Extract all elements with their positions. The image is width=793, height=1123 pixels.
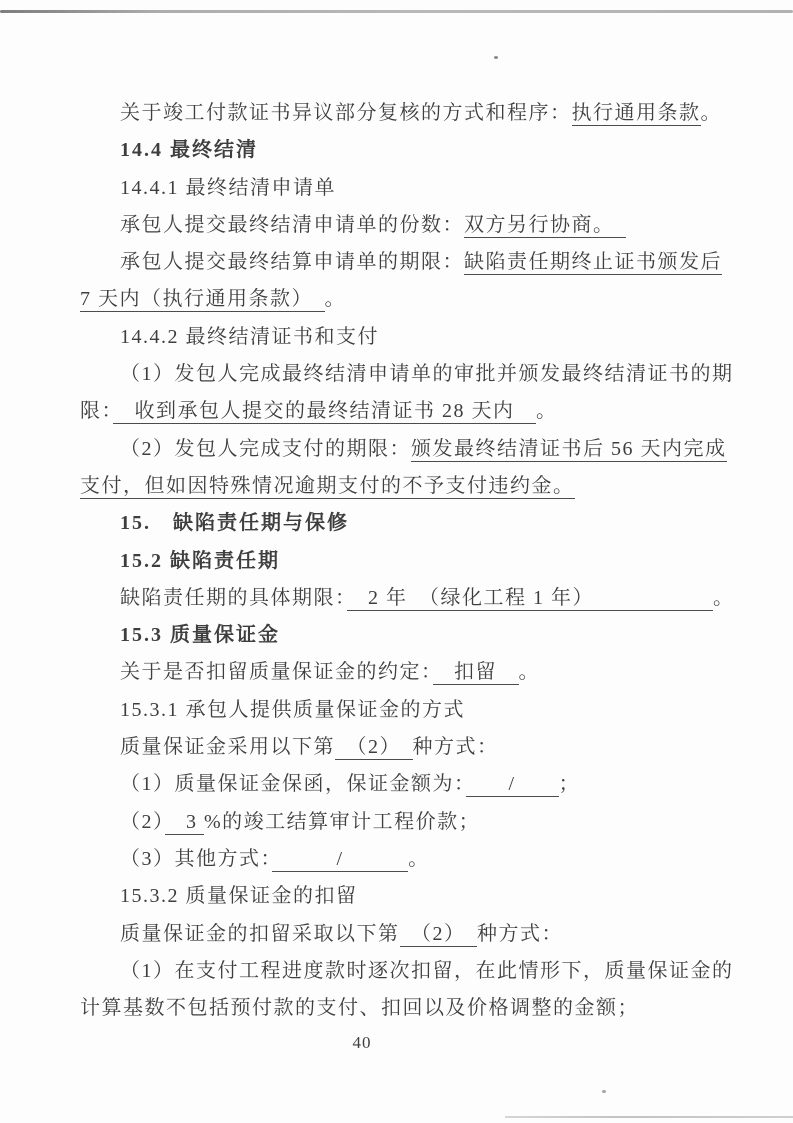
- clause-final-certificate-period: （1）发包人完成最终结清申请单的审批并颁发最终结清证书的期: [80, 356, 728, 393]
- underlined-fill-in-value: 双方另行协商。: [464, 214, 626, 238]
- text-segment: 15.2 缺陷责任期: [120, 550, 280, 572]
- underlined-fill-in-value: （2）: [400, 923, 478, 947]
- text-segment: 。: [713, 587, 735, 609]
- text-segment: 。: [408, 848, 430, 870]
- underlined-fill-in-value: /: [272, 848, 408, 872]
- scan-artifact-bottom-line: [505, 1116, 793, 1118]
- clause-guarantee-option-3: （3）其他方式： / 。: [80, 841, 728, 878]
- scan-speck: [602, 1090, 606, 1093]
- underlined-fill-in-value: 扣留: [433, 661, 519, 685]
- underlined-fill-in-value: /: [466, 773, 559, 797]
- text-segment: 种方式：: [413, 736, 499, 758]
- clause-final-settlement-deadline-cont: 7 天内（执行通用条款） 。: [80, 281, 728, 318]
- text-segment: 计算基数不包括预付款的支付、扣回以及价格调整的金额；: [80, 997, 639, 1019]
- text-segment: 。: [536, 400, 558, 422]
- clause-guarantee-method-selector: 质量保证金采用以下第 （2） 种方式：: [80, 729, 728, 766]
- text-segment: 14.4.1 最终结清申请单: [120, 177, 336, 199]
- text-segment: 。: [519, 661, 541, 683]
- heading-15: 15. 缺陷责任期与保修: [80, 505, 728, 542]
- underlined-fill-in-value: 收到承包人提交的最终结清证书 28 天内: [113, 400, 536, 424]
- text-segment: （1）质量保证金保函，保证金额为：: [120, 773, 466, 795]
- scanned-contract-page: 关于竣工付款证书异议部分复核的方式和程序：执行通用条款。14.4 最终结清14.…: [0, 0, 793, 1123]
- underlined-fill-in-value: 支付，但如因特殊情况逾期支付的不予支付违约金。: [80, 475, 575, 499]
- text-segment: 关于竣工付款证书异议部分复核的方式和程序：: [120, 102, 572, 124]
- text-segment: 15. 缺陷责任期与保修: [120, 512, 349, 534]
- text-segment: %的竣工结算审计工程价款；: [204, 811, 480, 833]
- text-segment: 质量保证金的扣留采取以下第: [120, 923, 400, 945]
- underlined-fill-in-value: 3: [165, 811, 205, 835]
- heading-14-4-1: 14.4.1 最终结清申请单: [80, 170, 728, 207]
- text-segment: 关于是否扣留质量保证金的约定：: [120, 661, 433, 683]
- text-segment: 14.4.2 最终结清证书和支付: [120, 326, 379, 348]
- clause-defect-liability-term: 缺陷责任期的具体期限： 2 年 （绿化工程 1 年） 。: [80, 580, 728, 617]
- text-segment: ；: [559, 773, 581, 795]
- underlined-fill-in-value: 颁发最终结清证书后 56 天内完成: [411, 438, 727, 462]
- text-segment: 承包人提交最终结清申请单的份数：: [120, 214, 464, 236]
- text-segment: 。: [325, 288, 347, 310]
- clause-final-settlement-deadline: 承包人提交最终结算申请单的期限：缺陷责任期终止证书颁发后: [80, 244, 728, 281]
- heading-15-3-1: 15.3.1 承包人提供质量保证金的方式: [80, 692, 728, 729]
- clause-guarantee-option-1: （1）质量保证金保函，保证金额为： / ；: [80, 766, 728, 803]
- text-segment: （1）发包人完成最终结清申请单的审批并颁发最终结清证书的期: [120, 363, 734, 385]
- text-segment: 缺陷责任期的具体期限：: [120, 587, 347, 609]
- underlined-fill-in-value: （2）: [335, 736, 413, 760]
- scan-artifact-top-line: [0, 10, 793, 13]
- text-segment: （2）: [120, 811, 165, 833]
- scan-speck: [494, 56, 498, 59]
- heading-14-4: 14.4 最终结清: [80, 132, 728, 169]
- underlined-fill-in-value: 7 天内（执行通用条款）: [80, 288, 325, 312]
- clause-guarantee-option-2: （2） 3 %的竣工结算审计工程价款；: [80, 804, 728, 841]
- clause-withhold-option-1-cont: 计算基数不包括预付款的支付、扣回以及价格调整的金额；: [80, 990, 728, 1027]
- text-segment: 限：: [80, 400, 113, 422]
- underlined-fill-in-value: 2 年 （绿化工程 1 年）: [347, 587, 714, 611]
- text-segment: （3）其他方式：: [120, 848, 272, 870]
- clause-payment-completion-deadline-cont: 支付，但如因特殊情况逾期支付的不予支付违约金。: [80, 468, 728, 505]
- page-number: 40: [332, 1033, 392, 1053]
- text-segment: 质量保证金采用以下第: [120, 736, 335, 758]
- heading-15-2: 15.2 缺陷责任期: [80, 543, 728, 580]
- clause-retention-agreement: 关于是否扣留质量保证金的约定： 扣留 。: [80, 654, 728, 691]
- heading-14-4-2: 14.4.2 最终结清证书和支付: [80, 319, 728, 356]
- text-segment: （1）在支付工程进度款时逐次扣留，在此情形下，质量保证金的: [120, 960, 734, 982]
- text-segment: 15.3.1 承包人提供质量保证金的方式: [120, 699, 465, 721]
- clause-completion-payment-review: 关于竣工付款证书异议部分复核的方式和程序：执行通用条款。: [80, 95, 728, 132]
- clause-withhold-method-selector: 质量保证金的扣留采取以下第 （2） 种方式：: [80, 916, 728, 953]
- underlined-fill-in-value: 执行通用条款: [572, 102, 701, 126]
- text-segment: （2）发包人完成支付的期限：: [120, 438, 411, 460]
- clause-final-settlement-copies: 承包人提交最终结清申请单的份数：双方另行协商。: [80, 207, 728, 244]
- document-body: 关于竣工付款证书异议部分复核的方式和程序：执行通用条款。14.4 最终结清14.…: [80, 95, 728, 1027]
- clause-withhold-option-1: （1）在支付工程进度款时逐次扣留，在此情形下，质量保证金的: [80, 953, 728, 990]
- text-segment: 。: [701, 102, 723, 124]
- text-segment: 15.3.2 质量保证金的扣留: [120, 885, 358, 907]
- text-segment: 14.4 最终结清: [120, 139, 258, 161]
- clause-payment-completion-deadline: （2）发包人完成支付的期限：颁发最终结清证书后 56 天内完成: [80, 431, 728, 468]
- heading-15-3-2: 15.3.2 质量保证金的扣留: [80, 878, 728, 915]
- text-segment: 承包人提交最终结算申请单的期限：: [120, 251, 464, 273]
- text-segment: 15.3 质量保证金: [120, 624, 280, 646]
- clause-final-certificate-period-cont: 限： 收到承包人提交的最终结清证书 28 天内 。: [80, 393, 728, 430]
- text-segment: 种方式：: [477, 923, 563, 945]
- heading-15-3: 15.3 质量保证金: [80, 617, 728, 654]
- underlined-fill-in-value: 缺陷责任期终止证书颁发后: [464, 251, 722, 275]
